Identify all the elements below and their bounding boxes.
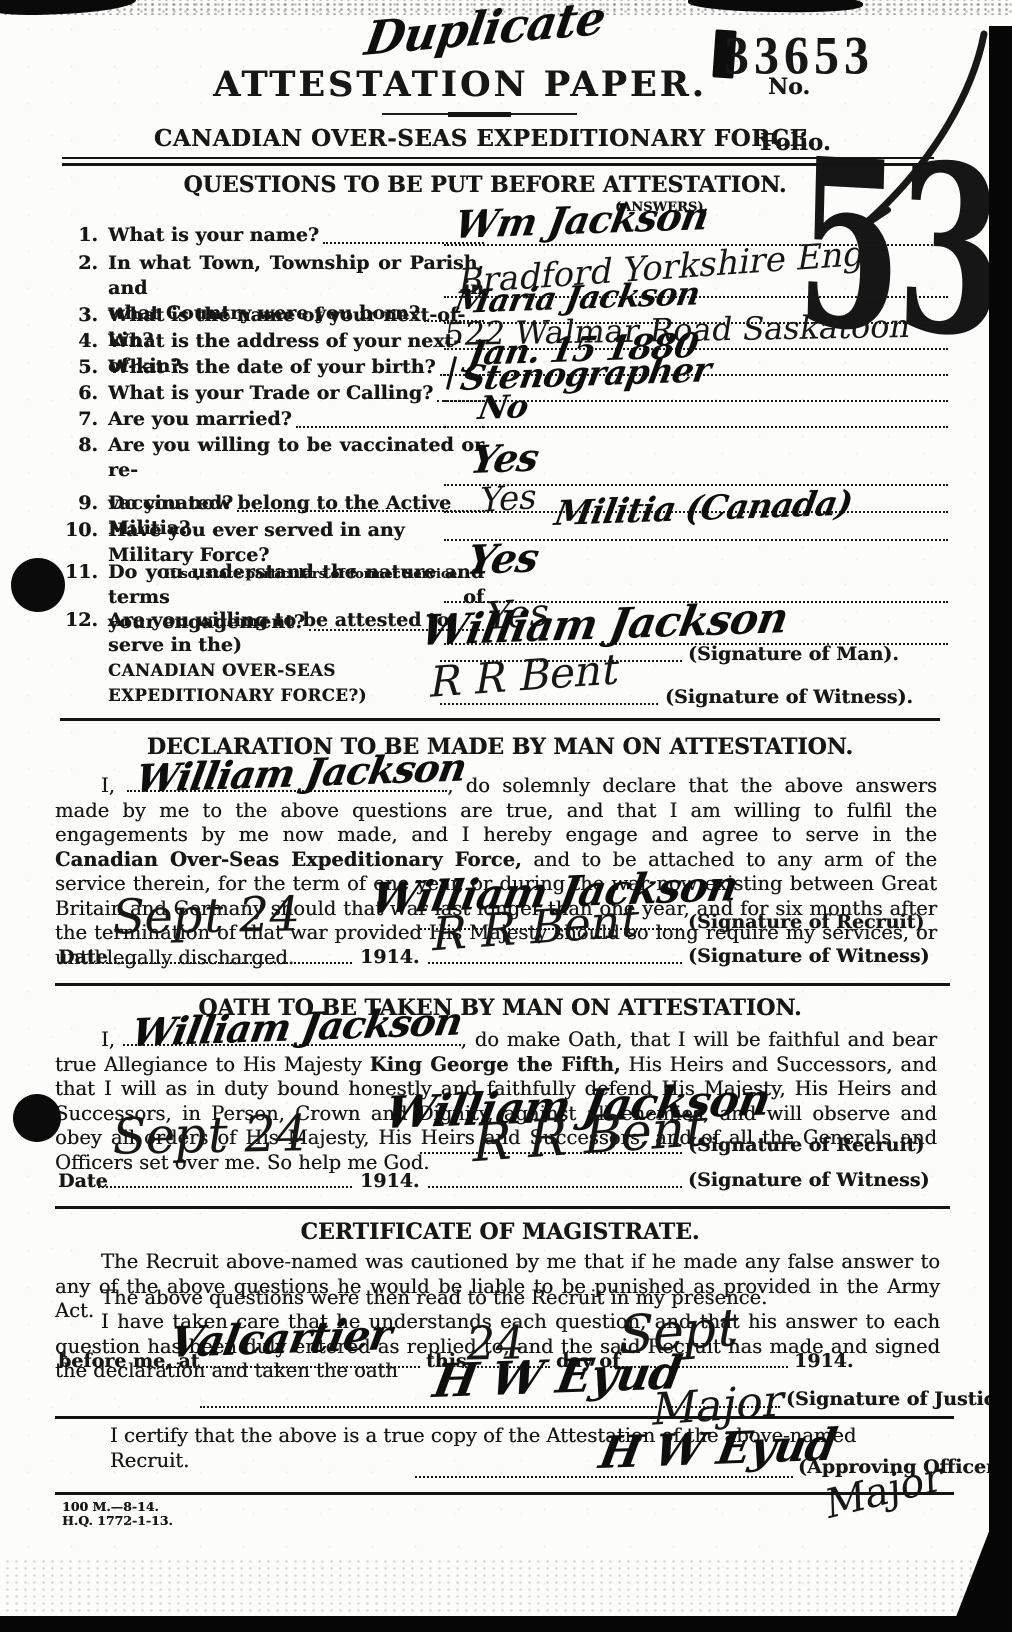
answer-handwriting-married: No (476, 390, 530, 424)
signature-of-man-label: (Signature of Man). (688, 643, 899, 665)
scan-edge-bottom (0, 1616, 1012, 1632)
declaration-recruit-label: (Signature of Recruit) (688, 911, 924, 933)
answer-handwriting-terms: Yes (464, 538, 541, 581)
answer-handwriting-vaccinated: Yes (468, 438, 541, 479)
magistrate-para2: The above questions were then read to th… (55, 1286, 940, 1311)
answer-handwriting-service: Militia (Canada) (552, 486, 855, 531)
scan-smudge-top-left (0, 0, 136, 18)
hole-punch (11, 558, 65, 612)
duplicate-handwriting: Duplicate (362, 0, 608, 62)
section-rule (55, 1416, 954, 1419)
attestation-paper-scan: Duplicate ATTESTATION PAPER. 33653 No. F… (0, 0, 1012, 1632)
subtitle: CANADIAN OVER-SEAS EXPEDITIONARY FORCE. (100, 125, 870, 152)
magistrate-heading: CERTIFICATE OF MAGISTRATE. (100, 1219, 900, 1245)
place-line (162, 1366, 420, 1368)
oath-witness-label: (Signature of Witness) (688, 1169, 929, 1191)
questions-heading: QUESTIONS TO BE PUT BEFORE ATTESTATION. (100, 172, 870, 198)
declaration-witness-label: (Signature of Witness) (688, 945, 929, 967)
scan-edge-right (989, 26, 1012, 1632)
signature-line (440, 703, 658, 705)
date-label: Date (58, 946, 108, 968)
oath-name-handwriting: William Jackson (129, 1002, 465, 1052)
section-rule (55, 1206, 950, 1209)
year-printed: 1914. (360, 946, 420, 968)
oath-recruit-label: (Signature of Recruit) (688, 1134, 924, 1156)
title-divider (382, 113, 577, 115)
oath-date-handwriting: Sept 24 (107, 1104, 312, 1166)
oath-name-line: William Jackson (123, 1026, 461, 1046)
form-reference-note: 100 M.—8-14. H.Q. 1772-1-13. (62, 1500, 173, 1528)
section-rule (60, 718, 940, 721)
section-rule (55, 983, 950, 986)
date-label: Date (58, 1170, 108, 1192)
answer-handwriting-name: Wm Jackson (452, 197, 711, 244)
signature-line (428, 962, 682, 964)
declarant-name-line: William Jackson (127, 772, 447, 792)
bottom-rule (55, 1492, 954, 1495)
place-handwriting: Valcartier (166, 1314, 394, 1364)
justice-label: (Signature of Justice) (786, 1388, 1012, 1410)
declaration-date-handwriting: Sept 24 (108, 886, 305, 945)
answer-line (444, 426, 948, 428)
year-printed: 1914. (360, 1170, 420, 1192)
scan-noise-bottom (0, 1556, 1012, 1616)
hole-punch (13, 1094, 61, 1142)
answer-handwriting-militia: Yes (476, 477, 540, 522)
signature-line (428, 1186, 682, 1188)
year-printed: 1914. (794, 1350, 854, 1372)
date-line (98, 1186, 352, 1188)
scan-smudge-top-center (688, 0, 863, 14)
justice-signature-handwriting: H W Eyud (430, 1349, 685, 1404)
double-rule (62, 157, 934, 166)
signature-of-witness-label: (Signature of Witness). (665, 686, 913, 708)
date-line (98, 962, 352, 964)
declarant-name-handwriting: William Jackson (133, 748, 469, 798)
no-label: No. (768, 74, 810, 100)
